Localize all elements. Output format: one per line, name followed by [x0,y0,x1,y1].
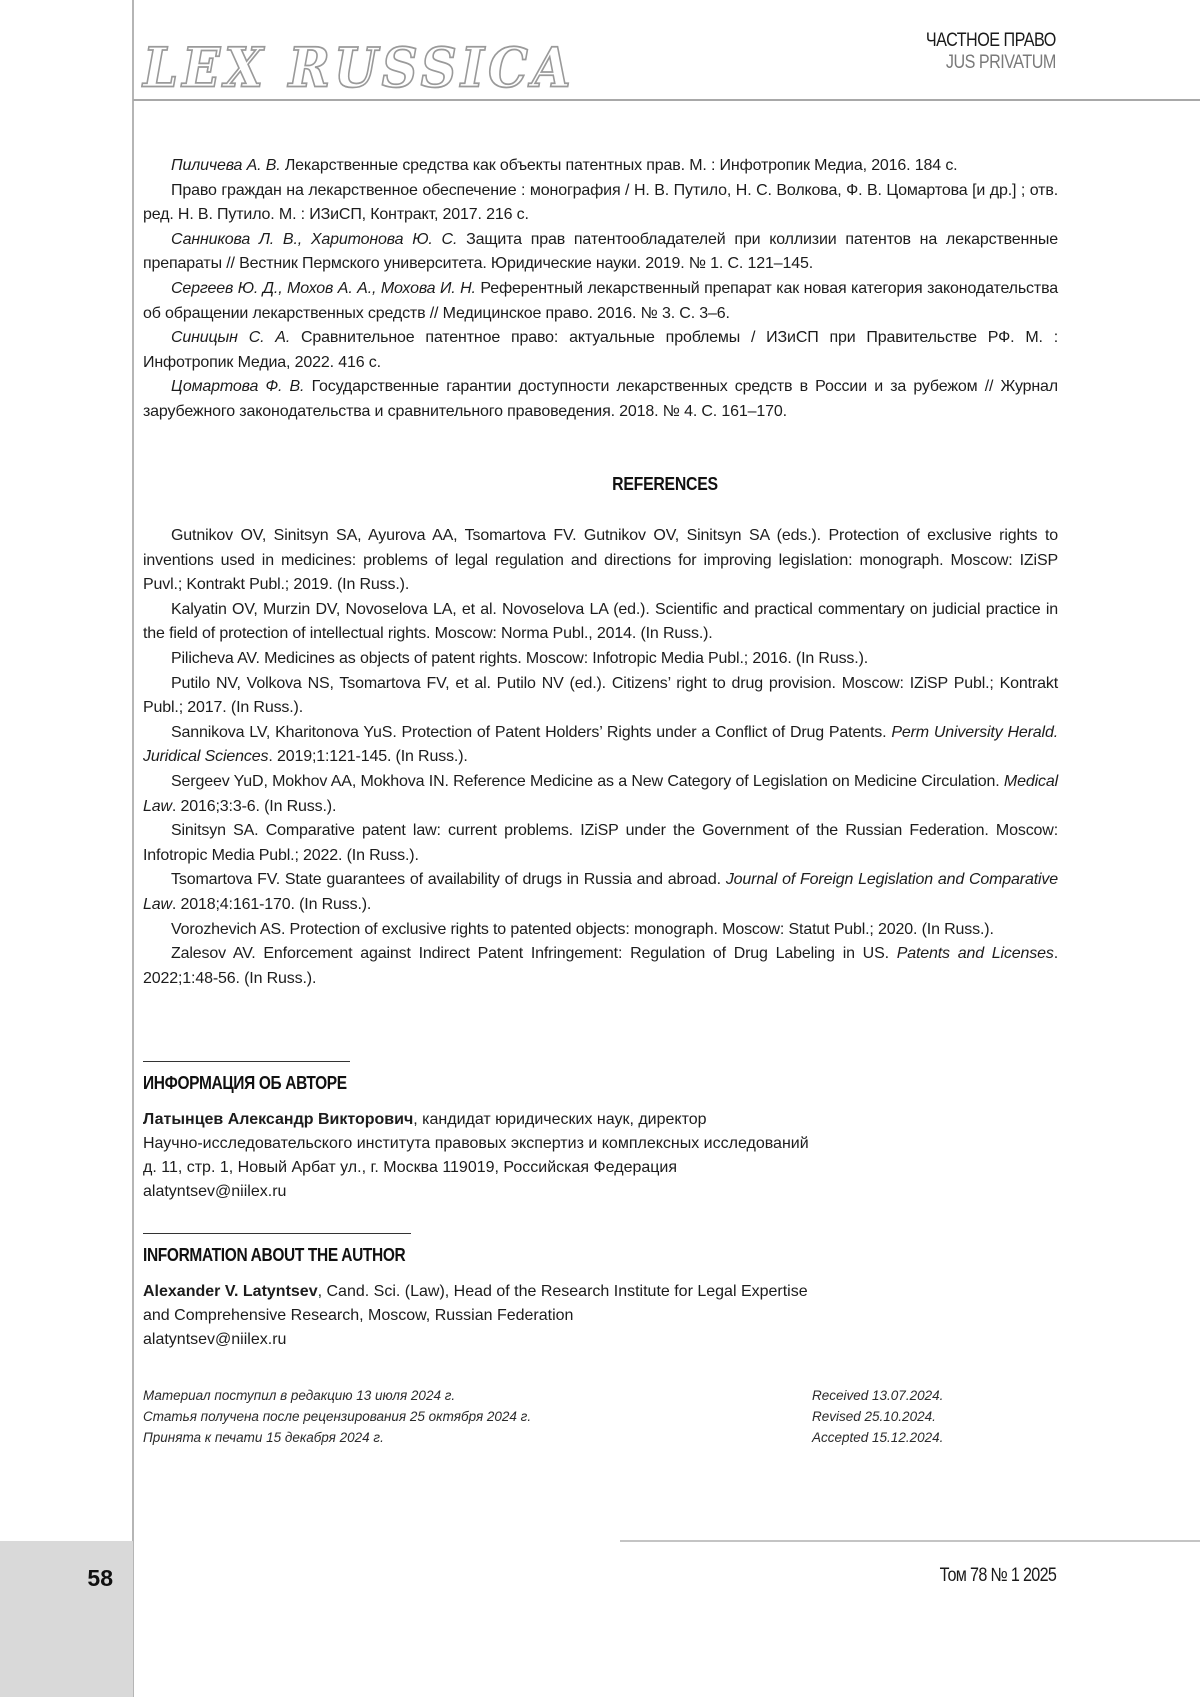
author-name-ru: Латынцев Александр Викторович [143,1111,413,1128]
references-heading: REFERENCES [197,474,1133,495]
reference-item: Gutnikov OV, Sinitsyn SA, Ayurova AA, Ts… [143,524,1058,598]
reference-item: Sannikova LV, Kharitonova YuS. Protectio… [143,721,1058,770]
author-info-en: Alexander V. Latyntsev, Cand. Sci. (Law)… [143,1280,808,1352]
article-dates-ru: Материал поступил в редакцию 13 июля 202… [143,1385,531,1448]
author-email-ru[interactable]: alatyntsev@niilex.ru [143,1180,809,1204]
author-info-heading-en: INFORMATION ABOUT THE AUTHOR [143,1245,405,1266]
reference-item: Sinitsyn SA. Comparative patent law: cur… [143,819,1058,868]
reference-item: Tsomartova FV. State guarantees of avail… [143,868,1058,917]
reference-item: Putilo NV, Volkova NS, Tsomartova FV, et… [143,672,1058,721]
reference-item: Пиличева А. В. Лекарственные средства ка… [143,154,1058,179]
reference-item: Zalesov AV. Enforcement against Indirect… [143,942,1058,991]
reference-item: Sergeev YuD, Mokhov AA, Mokhova IN. Refe… [143,770,1058,819]
issue-info: Том 78 № 1 2025 [939,1565,1056,1587]
author-email-en[interactable]: alatyntsev@niilex.ru [143,1328,808,1352]
section-label: ЧАСТНОЕ ПРАВО JUS PRIVATUM [903,30,1056,74]
author-name-en: Alexander V. Latyntsev [143,1283,318,1300]
left-margin-rule [132,0,134,1697]
author-info-heading-ru: ИНФОРМАЦИЯ ОБ АВТОРЕ [143,1073,347,1094]
journal-logo: LEX RUSSICA [143,41,575,95]
reference-item: Цомартова Ф. В. Государственные гарантии… [143,375,1058,424]
page-number-box: 58 [0,1541,133,1697]
reference-item: Pilicheva AV. Medicines as objects of pa… [143,647,1058,672]
header-rule [133,99,1200,101]
reference-item: Kalyatin OV, Murzin DV, Novoselova LA, e… [143,598,1058,647]
author-en-rule [143,1233,411,1234]
author-ru-rule [143,1061,350,1062]
section-title-latin: JUS PRIVATUM [926,52,1056,74]
author-info-ru: Латынцев Александр Викторович, кандидат … [143,1108,809,1204]
english-reference-list: Gutnikov OV, Sinitsyn SA, Ayurova AA, Ts… [143,524,1058,991]
section-title-ru: ЧАСТНОЕ ПРАВО [926,30,1056,52]
reference-item: Синицын С. А. Сравнительное патентное пр… [143,326,1058,375]
page-number: 58 [87,1565,113,1592]
footer-rule [620,1540,1200,1542]
reference-item: Санникова Л. В., Харитонова Ю. С. Защита… [143,228,1058,277]
russian-reference-list: Пиличева А. В. Лекарственные средства ка… [143,154,1058,425]
reference-item: Сергеев Ю. Д., Мохов А. А., Мохова И. Н.… [143,277,1058,326]
reference-item: Vorozhevich AS. Protection of exclusive … [143,918,1058,943]
reference-item: Право граждан на лекарственное обеспечен… [143,179,1058,228]
article-dates-en: Received 13.07.2024. Revised 25.10.2024.… [812,1385,943,1448]
